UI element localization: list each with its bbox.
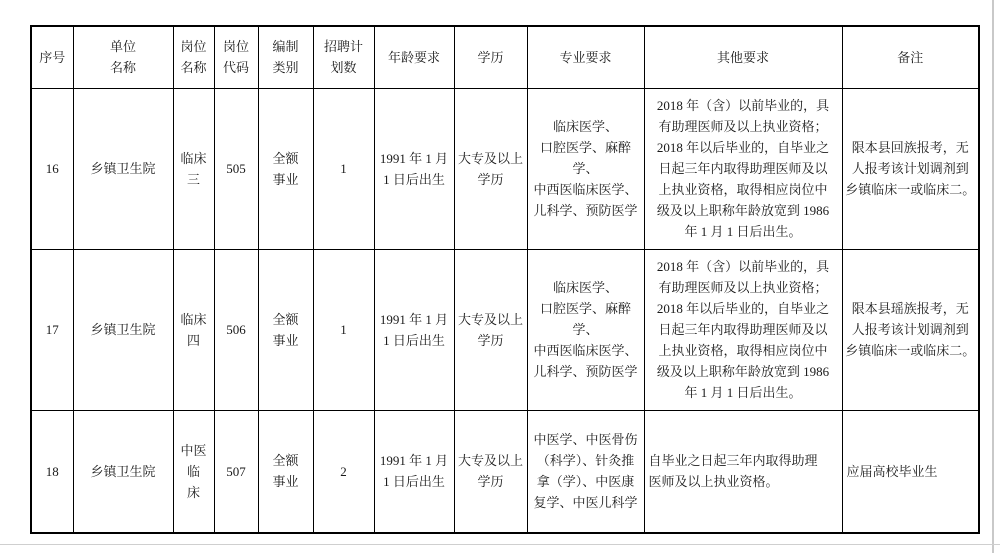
cell-age-requirement: 1991 年 1 月 1 日后出生 xyxy=(374,410,454,533)
cell-recruitment-count: 1 xyxy=(313,88,374,249)
header-remarks: 备注 xyxy=(842,26,979,88)
header-unit-name: 单位 名称 xyxy=(73,26,173,88)
header-serial-number: 序号 xyxy=(31,26,73,88)
cell-unit-name: 乡镇卫生院 xyxy=(73,249,173,410)
header-establishment-type: 编制 类别 xyxy=(258,26,313,88)
header-position-name: 岗位 名称 xyxy=(173,26,214,88)
cell-major-requirement: 中医学、中医骨伤 （科学）、针灸推 拿（学）、中医康 复学、中医儿科学 xyxy=(527,410,644,533)
cell-remarks: 限本县瑶族报考，无 人报考该计划调剂到 乡镇临床一或临床二。 xyxy=(842,249,979,410)
screenshot-edge-artifact-bottom xyxy=(0,544,1000,545)
cell-other-requirements: 2018 年（含）以前毕业的，具 有助理医师及以上执业资格； 2018 年以后毕… xyxy=(644,249,842,410)
cell-major-requirement: 临床医学、 口腔医学、麻醉学、 中西医临床医学、 儿科学、预防医学 xyxy=(527,88,644,249)
table-row-17: 17 乡镇卫生院 临床四 506 全额 事业 1 1991 年 1 月 1 日后… xyxy=(31,249,979,410)
cell-remarks: 限本县回族报考，无 人报考该计划调剂到 乡镇临床一或临床二。 xyxy=(842,88,979,249)
cell-establishment-type: 全额 事业 xyxy=(258,410,313,533)
cell-serial-number: 17 xyxy=(31,249,73,410)
cell-unit-name: 乡镇卫生院 xyxy=(73,410,173,533)
cell-education: 大专及以上 学历 xyxy=(454,249,527,410)
table-header-row: 序号 单位 名称 岗位 名称 岗位 代码 编制 类别 招聘计 划数 年龄要求 学… xyxy=(31,26,979,88)
cell-position-name: 临床四 xyxy=(173,249,214,410)
header-major-requirement: 专业要求 xyxy=(527,26,644,88)
cell-age-requirement: 1991 年 1 月 1 日后出生 xyxy=(374,249,454,410)
header-education: 学历 xyxy=(454,26,527,88)
screenshot-edge-artifact-right xyxy=(992,0,994,553)
cell-position-code: 507 xyxy=(214,410,258,533)
cell-remarks: 应届高校毕业生 xyxy=(842,410,979,533)
cell-establishment-type: 全额 事业 xyxy=(258,88,313,249)
cell-education: 大专及以上 学历 xyxy=(454,88,527,249)
cell-age-requirement: 1991 年 1 月 1 日后出生 xyxy=(374,88,454,249)
header-other-requirements: 其他要求 xyxy=(644,26,842,88)
cell-establishment-type: 全额 事业 xyxy=(258,249,313,410)
header-position-code: 岗位 代码 xyxy=(214,26,258,88)
table-row-18: 18 乡镇卫生院 中医临 床 507 全额 事业 2 1991 年 1 月 1 … xyxy=(31,410,979,533)
cell-major-requirement: 临床医学、 口腔医学、麻醉学、 中西医临床医学、 儿科学、预防医学 xyxy=(527,249,644,410)
cell-position-name: 临床三 xyxy=(173,88,214,249)
cell-position-name: 中医临 床 xyxy=(173,410,214,533)
cell-other-requirements: 2018 年（含）以前毕业的，具 有助理医师及以上执业资格； 2018 年以后毕… xyxy=(644,88,842,249)
cell-position-code: 505 xyxy=(214,88,258,249)
cell-education: 大专及以上 学历 xyxy=(454,410,527,533)
header-recruitment-count: 招聘计 划数 xyxy=(313,26,374,88)
recruitment-positions-table: 序号 单位 名称 岗位 名称 岗位 代码 编制 类别 招聘计 划数 年龄要求 学… xyxy=(30,25,980,534)
cell-unit-name: 乡镇卫生院 xyxy=(73,88,173,249)
table-row-16: 16 乡镇卫生院 临床三 505 全额 事业 1 1991 年 1 月 1 日后… xyxy=(31,88,979,249)
cell-serial-number: 16 xyxy=(31,88,73,249)
cell-position-code: 506 xyxy=(214,249,258,410)
cell-recruitment-count: 1 xyxy=(313,249,374,410)
cell-serial-number: 18 xyxy=(31,410,73,533)
header-age-requirement: 年龄要求 xyxy=(374,26,454,88)
cell-recruitment-count: 2 xyxy=(313,410,374,533)
cell-other-requirements: 自毕业之日起三年内取得助理 医师及以上执业资格。 xyxy=(644,410,842,533)
